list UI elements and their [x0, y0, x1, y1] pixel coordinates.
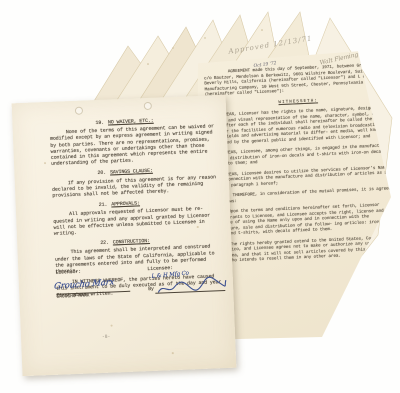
section-body: All approvals requested of Licensor must… [53, 206, 222, 238]
clause-1-paragraph: 1. Upon the terms and conditions hereina… [210, 202, 397, 238]
page-number: -8- [21, 331, 191, 344]
punch-hole [75, 107, 83, 115]
whereas-paragraph: WHEREAS, Licensee desires to utilize the… [208, 165, 395, 190]
licensor-typed-name: GROUCHO MARX [56, 293, 89, 301]
paper-speck [111, 325, 113, 327]
whereas-paragraph: WHEREAS, Licensor has the rights to the … [206, 105, 393, 146]
by-label: By [148, 286, 154, 292]
licensee-by-row: By [148, 280, 226, 283]
section-body: If any provision of this agreement is fo… [52, 174, 221, 199]
agreement-signature-page: 19.NO WAIVER, ETC.: None of the terms of… [12, 95, 237, 376]
paper-speck [44, 162, 46, 164]
punch-hole [144, 102, 152, 110]
section-body: None of the terms of this agreement can … [50, 123, 219, 167]
licensor-label: Licensor: [55, 269, 81, 276]
licensee-label: Licensee: [147, 265, 173, 272]
photo-canvas: Approved 12/13/71 Walt Fleming Oct 19 '7… [0, 0, 400, 393]
whereas-paragraph: WHEREAS, Licensee, among other things, i… [207, 143, 394, 168]
paper-speck [172, 352, 174, 354]
